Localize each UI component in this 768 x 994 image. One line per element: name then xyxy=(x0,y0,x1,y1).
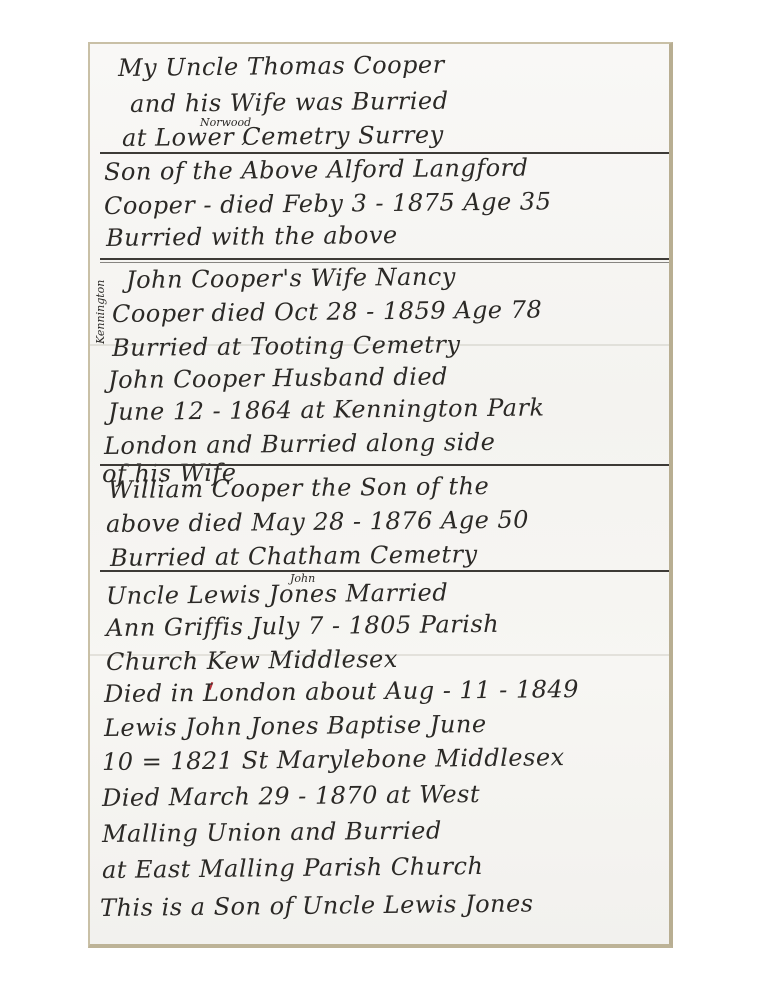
text-line: and his Wife was Burried xyxy=(130,87,449,118)
divider-rule xyxy=(100,258,669,260)
handwritten-page: My Uncle Thomas Cooper and his Wife was … xyxy=(88,42,673,948)
text-line: William Cooper the Son of the xyxy=(108,472,490,504)
text-line: Church Kew Middlesex xyxy=(106,645,398,676)
text-line: June 12 - 1864 at Kennington Park xyxy=(108,393,545,426)
text-line: Burried with the above xyxy=(106,221,398,252)
text-line: Died in London about Aug - 11 - 1849 xyxy=(104,675,579,708)
text-line: Son of the Above Alford Langford xyxy=(104,154,529,186)
text-line: Malling Union and Burried xyxy=(102,816,442,848)
divider-rule xyxy=(100,464,669,466)
text-line: at East Malling Parish Church xyxy=(102,852,484,884)
text-line: Burried at Chatham Cemetry xyxy=(110,540,478,572)
margin-note: Kennington xyxy=(94,280,107,344)
text-line: London and Burried along side xyxy=(104,428,496,460)
text-line: Died March 29 - 1870 at West xyxy=(102,780,480,812)
text-line: 10 = 1821 St Marylebone Middlesex xyxy=(102,743,565,776)
text-line: Cooper - died Feby 3 - 1875 Age 35 xyxy=(104,187,552,220)
text-line: John Cooper's Wife Nancy xyxy=(126,263,456,294)
text-line: This is a Son of Uncle Lewis Jones xyxy=(100,889,534,922)
text-line: Ann Griffis July 7 - 1805 Parish xyxy=(106,610,499,642)
text-line: Burried at Tooting Cemetry xyxy=(112,330,461,362)
text-line: above died May 28 - 1876 Age 50 xyxy=(106,506,529,538)
text-line: Uncle Lewis Jones Married xyxy=(106,578,448,610)
text-line: Lewis John Jones Baptise June xyxy=(104,710,487,742)
text-line: Cooper died Oct 28 - 1859 Age 78 xyxy=(112,295,543,328)
text-line: My Uncle Thomas Cooper xyxy=(118,51,445,82)
divider-rule xyxy=(100,570,669,572)
text-line: at Lower Cemetry Surrey xyxy=(122,121,444,152)
divider-rule xyxy=(100,152,669,154)
text-line: John Cooper Husband died xyxy=(108,362,448,394)
